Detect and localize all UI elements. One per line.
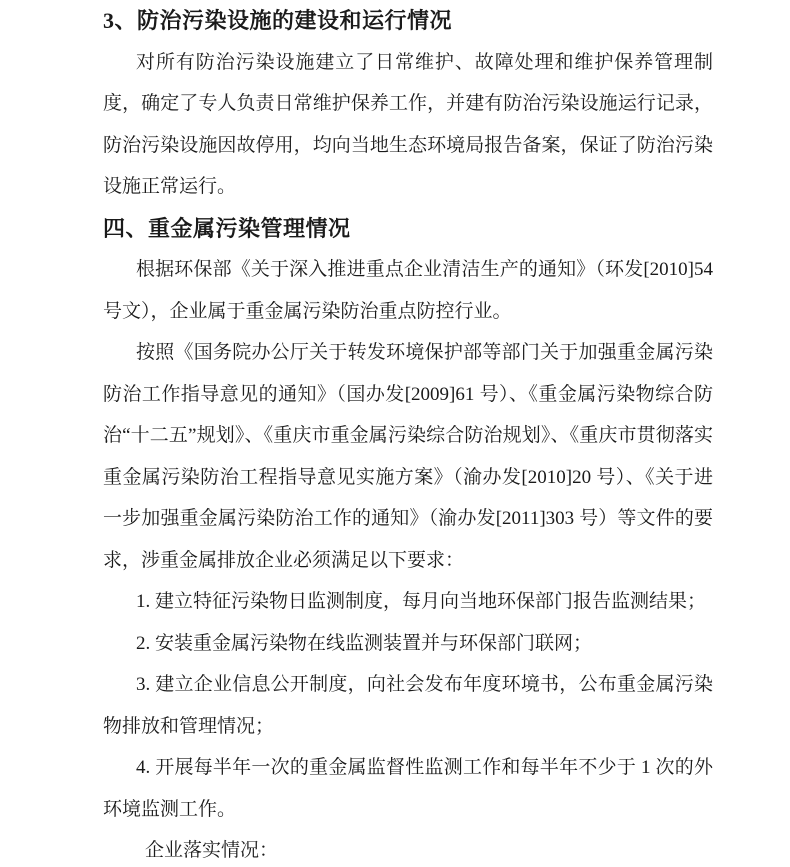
para-facility-maintenance: 对所有防治污染设施建立了日常维护、故障处理和维护保养管理制度，确定了专人负责日常… (103, 42, 713, 208)
list-item-information-disclosure: 3. 建立企业信息公开制度，向社会发布年度环境书，公布重金属污染物排放和管理情况… (103, 664, 713, 747)
para-cleaner-production-notice: 根据环保部《关于深入推进重点企业清洁生产的通知》（环发[2010]54 号文），… (103, 249, 713, 332)
heading-pollution-control-facilities: 3、防治污染设施的建设和运行情况 (103, 0, 713, 42)
heading-heavy-metal-management: 四、重金属污染管理情况 (103, 208, 713, 250)
list-item-online-monitoring: 2. 安装重金属污染物在线监测装置并与环保部门联网； (103, 623, 713, 665)
document-page: 3、防治污染设施的建设和运行情况 对所有防治污染设施建立了日常维护、故障处理和维… (0, 0, 790, 867)
list-item-daily-monitoring: 1. 建立特征污染物日监测制度，每月向当地环保部门报告监测结果； (103, 581, 713, 623)
list-item-semiannual-monitoring: 4. 开展每半年一次的重金属监督性监测工作和每半年不少于 1 次的外环境监测工作… (103, 747, 713, 830)
para-implementation-status: 企业落实情况： (103, 830, 713, 867)
document-content: 3、防治污染设施的建设和运行情况 对所有防治污染设施建立了日常维护、故障处理和维… (0, 0, 790, 867)
para-policy-documents-requirements: 按照《国务院办公厅关于转发环境保护部等部门关于加强重金属污染防治工作指导意见的通… (103, 332, 713, 581)
